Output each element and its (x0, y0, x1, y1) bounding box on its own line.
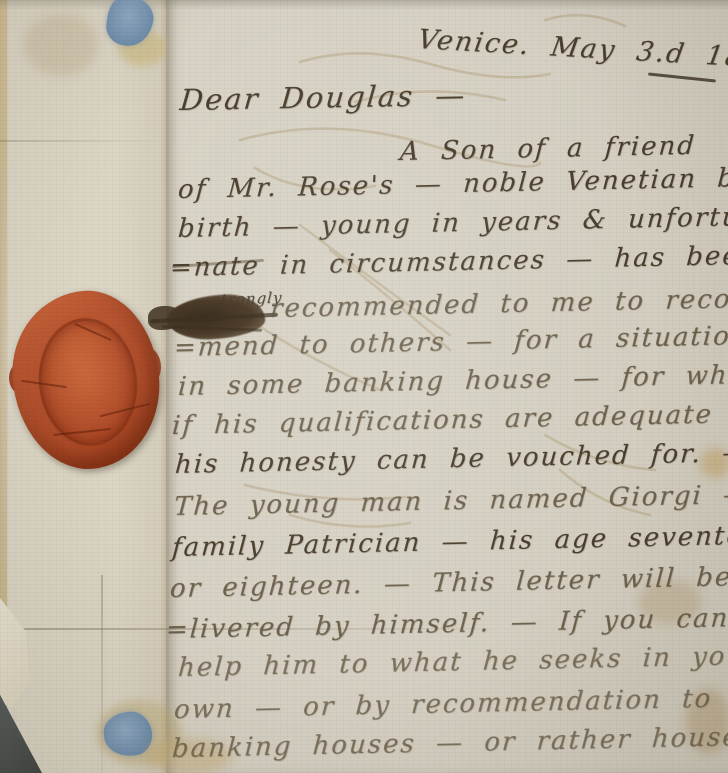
red-wax-seal (13, 291, 159, 469)
letter-photograph: Venice. May 3.d 1818. Dear Douglas — str… (0, 0, 728, 773)
stain (24, 14, 98, 76)
fold-crease-flap (0, 140, 166, 142)
salutation: Dear Douglas — (178, 77, 468, 118)
